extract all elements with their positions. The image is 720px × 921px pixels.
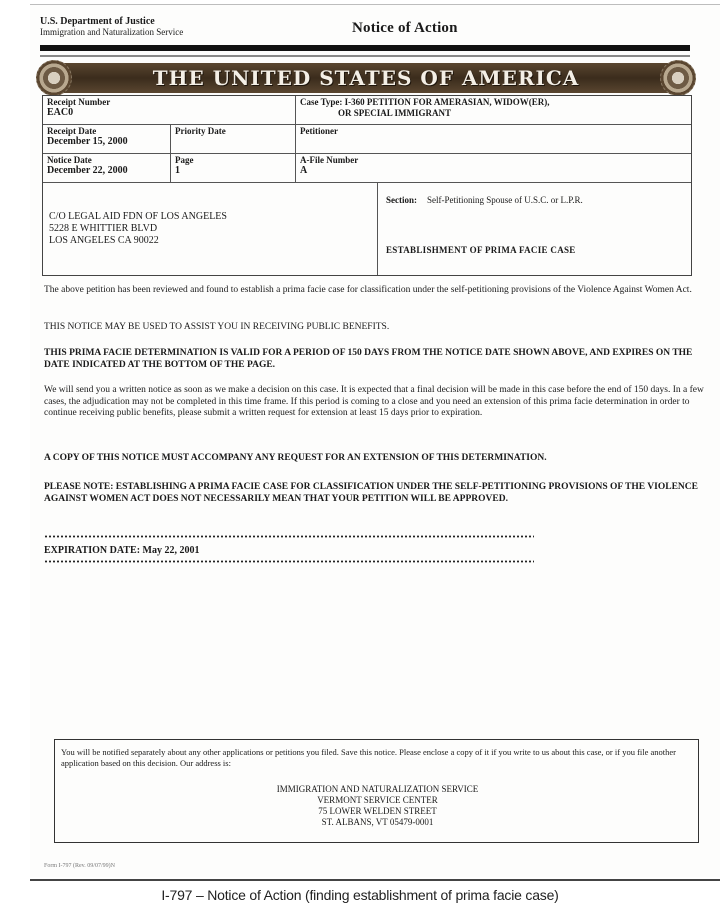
expiration-date: EXPIRATION DATE: May 22, 2001 bbox=[44, 545, 199, 556]
header-rule-thin bbox=[40, 55, 690, 57]
form-row: Notice Date December 22, 2000 Page 1 A-F… bbox=[43, 154, 691, 183]
address-line: IMMIGRATION AND NATURALIZATION SERVICE bbox=[55, 784, 700, 795]
form-row: Receipt Date December 15, 2000 Priority … bbox=[43, 125, 691, 154]
determination-type: ESTABLISHMENT OF PRIMA FACIE CASE bbox=[386, 245, 576, 255]
banner-text: THE UNITED STATES OF AMERICA bbox=[153, 66, 580, 90]
receipt-date: December 15, 2000 bbox=[47, 136, 166, 147]
priority-date-label: Priority Date bbox=[175, 126, 291, 136]
address-line: VERMONT SERVICE CENTER bbox=[55, 795, 700, 806]
rosette-icon bbox=[36, 60, 72, 96]
form-row: Receipt Number EAC0 Case Type: I-360 PET… bbox=[43, 96, 691, 125]
priority-date-cell: Priority Date bbox=[171, 125, 296, 153]
dotted-divider bbox=[44, 535, 534, 538]
validity-notice: THIS PRIMA FACIE DETERMINATION IS VALID … bbox=[44, 348, 704, 371]
usa-banner: THE UNITED STATES OF AMERICA bbox=[46, 63, 686, 93]
section-label: Section: bbox=[386, 195, 417, 205]
address-line: LOS ANGELES CA 90022 bbox=[49, 235, 377, 247]
rosette-icon bbox=[660, 60, 696, 96]
a-file-number: A bbox=[300, 165, 687, 176]
address-line: 5228 E WHITTIER BLVD bbox=[49, 223, 377, 235]
page-cell: Page 1 bbox=[171, 154, 296, 182]
receipt-number-cell: Receipt Number EAC0 bbox=[43, 96, 296, 124]
petitioner-label: Petitioner bbox=[300, 126, 687, 136]
service-center-address: IMMIGRATION AND NATURALIZATION SERVICE V… bbox=[55, 784, 700, 828]
notice-date: December 22, 2000 bbox=[47, 165, 166, 176]
case-type-cell: Case Type: I-360 PETITION FOR AMERASIAN,… bbox=[296, 96, 691, 124]
notice-document: U.S. Department of Justice Immigration a… bbox=[30, 4, 720, 877]
section-value: Self-Petitioning Spouse of U.S.C. or L.P… bbox=[427, 195, 583, 205]
paragraph: The above petition has been reviewed and… bbox=[44, 285, 704, 297]
case-type-continued: OR SPECIAL IMMIGRANT bbox=[300, 108, 687, 119]
figure-caption: I-797 – Notice of Action (finding establ… bbox=[0, 887, 720, 903]
dotted-divider bbox=[44, 560, 534, 563]
address-row: C/O LEGAL AID FDN OF LOS ANGELES 5228 E … bbox=[43, 183, 691, 275]
a-file-label: A-File Number bbox=[300, 155, 687, 165]
address-line: C/O LEGAL AID FDN OF LOS ANGELES bbox=[49, 211, 377, 223]
agency-name: U.S. Department of Justice bbox=[40, 17, 183, 27]
receipt-date-label: Receipt Date bbox=[47, 126, 166, 136]
section-cell: Section:Self-Petitioning Spouse of U.S.C… bbox=[378, 183, 691, 275]
address-line: 75 LOWER WELDEN STREET bbox=[55, 806, 700, 817]
page-label: Page bbox=[175, 155, 291, 165]
petitioner-cell: Petitioner bbox=[296, 125, 691, 153]
notice-date-label: Notice Date bbox=[47, 155, 166, 165]
address-line: ST. ALBANS, VT 05479-0001 bbox=[55, 817, 700, 828]
recipient-address: C/O LEGAL AID FDN OF LOS ANGELES 5228 E … bbox=[43, 183, 378, 275]
agency-header: U.S. Department of Justice Immigration a… bbox=[40, 17, 183, 37]
agency-subname: Immigration and Naturalization Service bbox=[40, 27, 183, 37]
case-type-label: Case Type: bbox=[300, 97, 342, 107]
paragraph: We will send you a written notice as soo… bbox=[44, 385, 704, 420]
paragraph-caps: THIS NOTICE MAY BE USED TO ASSIST YOU IN… bbox=[44, 322, 704, 334]
form-id: Form I-797 (Rev. 09/07/99)N bbox=[44, 863, 115, 869]
receipt-date-cell: Receipt Date December 15, 2000 bbox=[43, 125, 171, 153]
page-number: 1 bbox=[175, 165, 291, 176]
please-note: PLEASE NOTE: ESTABLISHING A PRIMA FACIE … bbox=[44, 482, 704, 505]
receipt-number-label: Receipt Number bbox=[47, 97, 291, 107]
a-file-cell: A-File Number A bbox=[296, 154, 691, 182]
contact-notice-box: You will be notified separately about an… bbox=[54, 739, 699, 843]
receipt-number: EAC0 bbox=[47, 107, 291, 118]
case-type: I-360 PETITION FOR AMERASIAN, WIDOW(ER), bbox=[345, 97, 550, 107]
case-info-form: Receipt Number EAC0 Case Type: I-360 PET… bbox=[42, 95, 692, 276]
copy-notice: A COPY OF THIS NOTICE MUST ACCOMPANY ANY… bbox=[44, 453, 704, 465]
footer-rule bbox=[30, 879, 720, 881]
document-title: Notice of Action bbox=[352, 20, 458, 37]
contact-message: You will be notified separately about an… bbox=[61, 747, 691, 769]
notice-date-cell: Notice Date December 22, 2000 bbox=[43, 154, 171, 182]
header-rule bbox=[40, 45, 690, 51]
